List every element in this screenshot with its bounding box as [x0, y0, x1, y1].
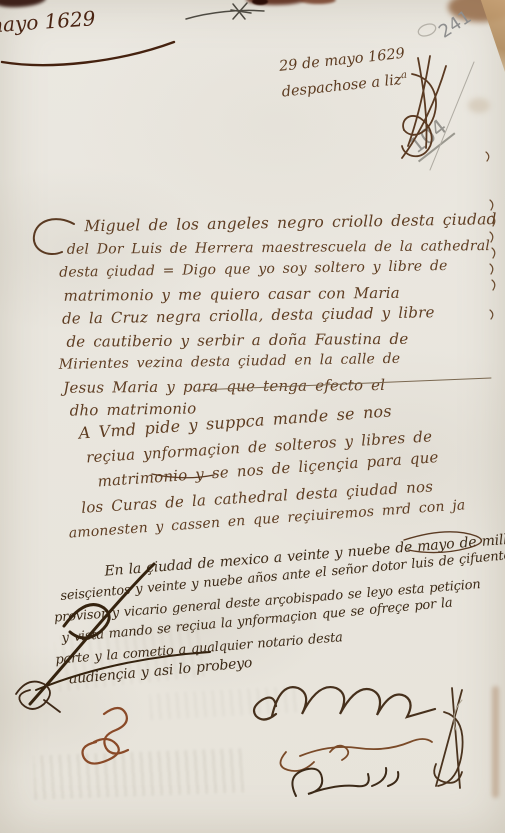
petition-line: Miguel de los angeles negro criollo dest…	[50, 208, 496, 239]
stain-top-edge-1-dark	[252, 0, 268, 5]
stain-right-edge-streak	[492, 686, 499, 798]
signature-rubric-tall	[434, 688, 462, 788]
ink-bleedthrough-bottom-left	[33, 748, 246, 799]
petition-body: Miguel de los angeles negro criollo dest…	[50, 208, 500, 423]
dispatch-note-superscript: a	[400, 70, 407, 82]
request-clause: A Vmd pide y suppca mande se nos reçiua …	[60, 395, 505, 547]
signature-flourish-2	[280, 739, 432, 771]
archival-date-note: mayo 1629	[0, 6, 96, 38]
auto-decree: En la çiudad de mexico a veinte y nuebe …	[48, 531, 505, 692]
folio-number-pencil: 241	[435, 6, 475, 42]
stain-top-edge-2	[300, 0, 336, 4]
stain-top-edge-1	[246, 0, 304, 5]
petition-line: del Dor Luis de Herrera maestrescuela de…	[51, 235, 497, 262]
manuscript-page: mayo 1629 241 104 29 de mayo 1629 despac…	[0, 0, 505, 833]
signature-flourish-3	[292, 768, 398, 796]
catalog-number-pencil: 104	[403, 113, 456, 163]
dispatch-note: 29 de mayo 1629 despachose a liza	[278, 43, 409, 104]
stain-mid-right	[468, 98, 490, 113]
margin-rubric-red	[83, 708, 129, 764]
archival-underline-swash	[2, 42, 174, 65]
ink-bleedthrough-center	[149, 686, 300, 720]
signature-flourish-1	[254, 687, 435, 720]
page-edge-corner-top-right	[474, 0, 505, 72]
dispatch-note-line2-text: despachose a liz	[281, 72, 402, 100]
margin-rubric-a	[16, 682, 60, 712]
petition-line: de cautiberio y serbir a doña Faustina d…	[52, 327, 498, 354]
stain-top-left-ink-blot	[0, 0, 46, 9]
petition-line: matrimonio y me quiero casar con Maria	[52, 281, 498, 308]
invocation-cross-icon	[186, 3, 264, 19]
faint-parenthesis-mark	[454, 700, 462, 730]
